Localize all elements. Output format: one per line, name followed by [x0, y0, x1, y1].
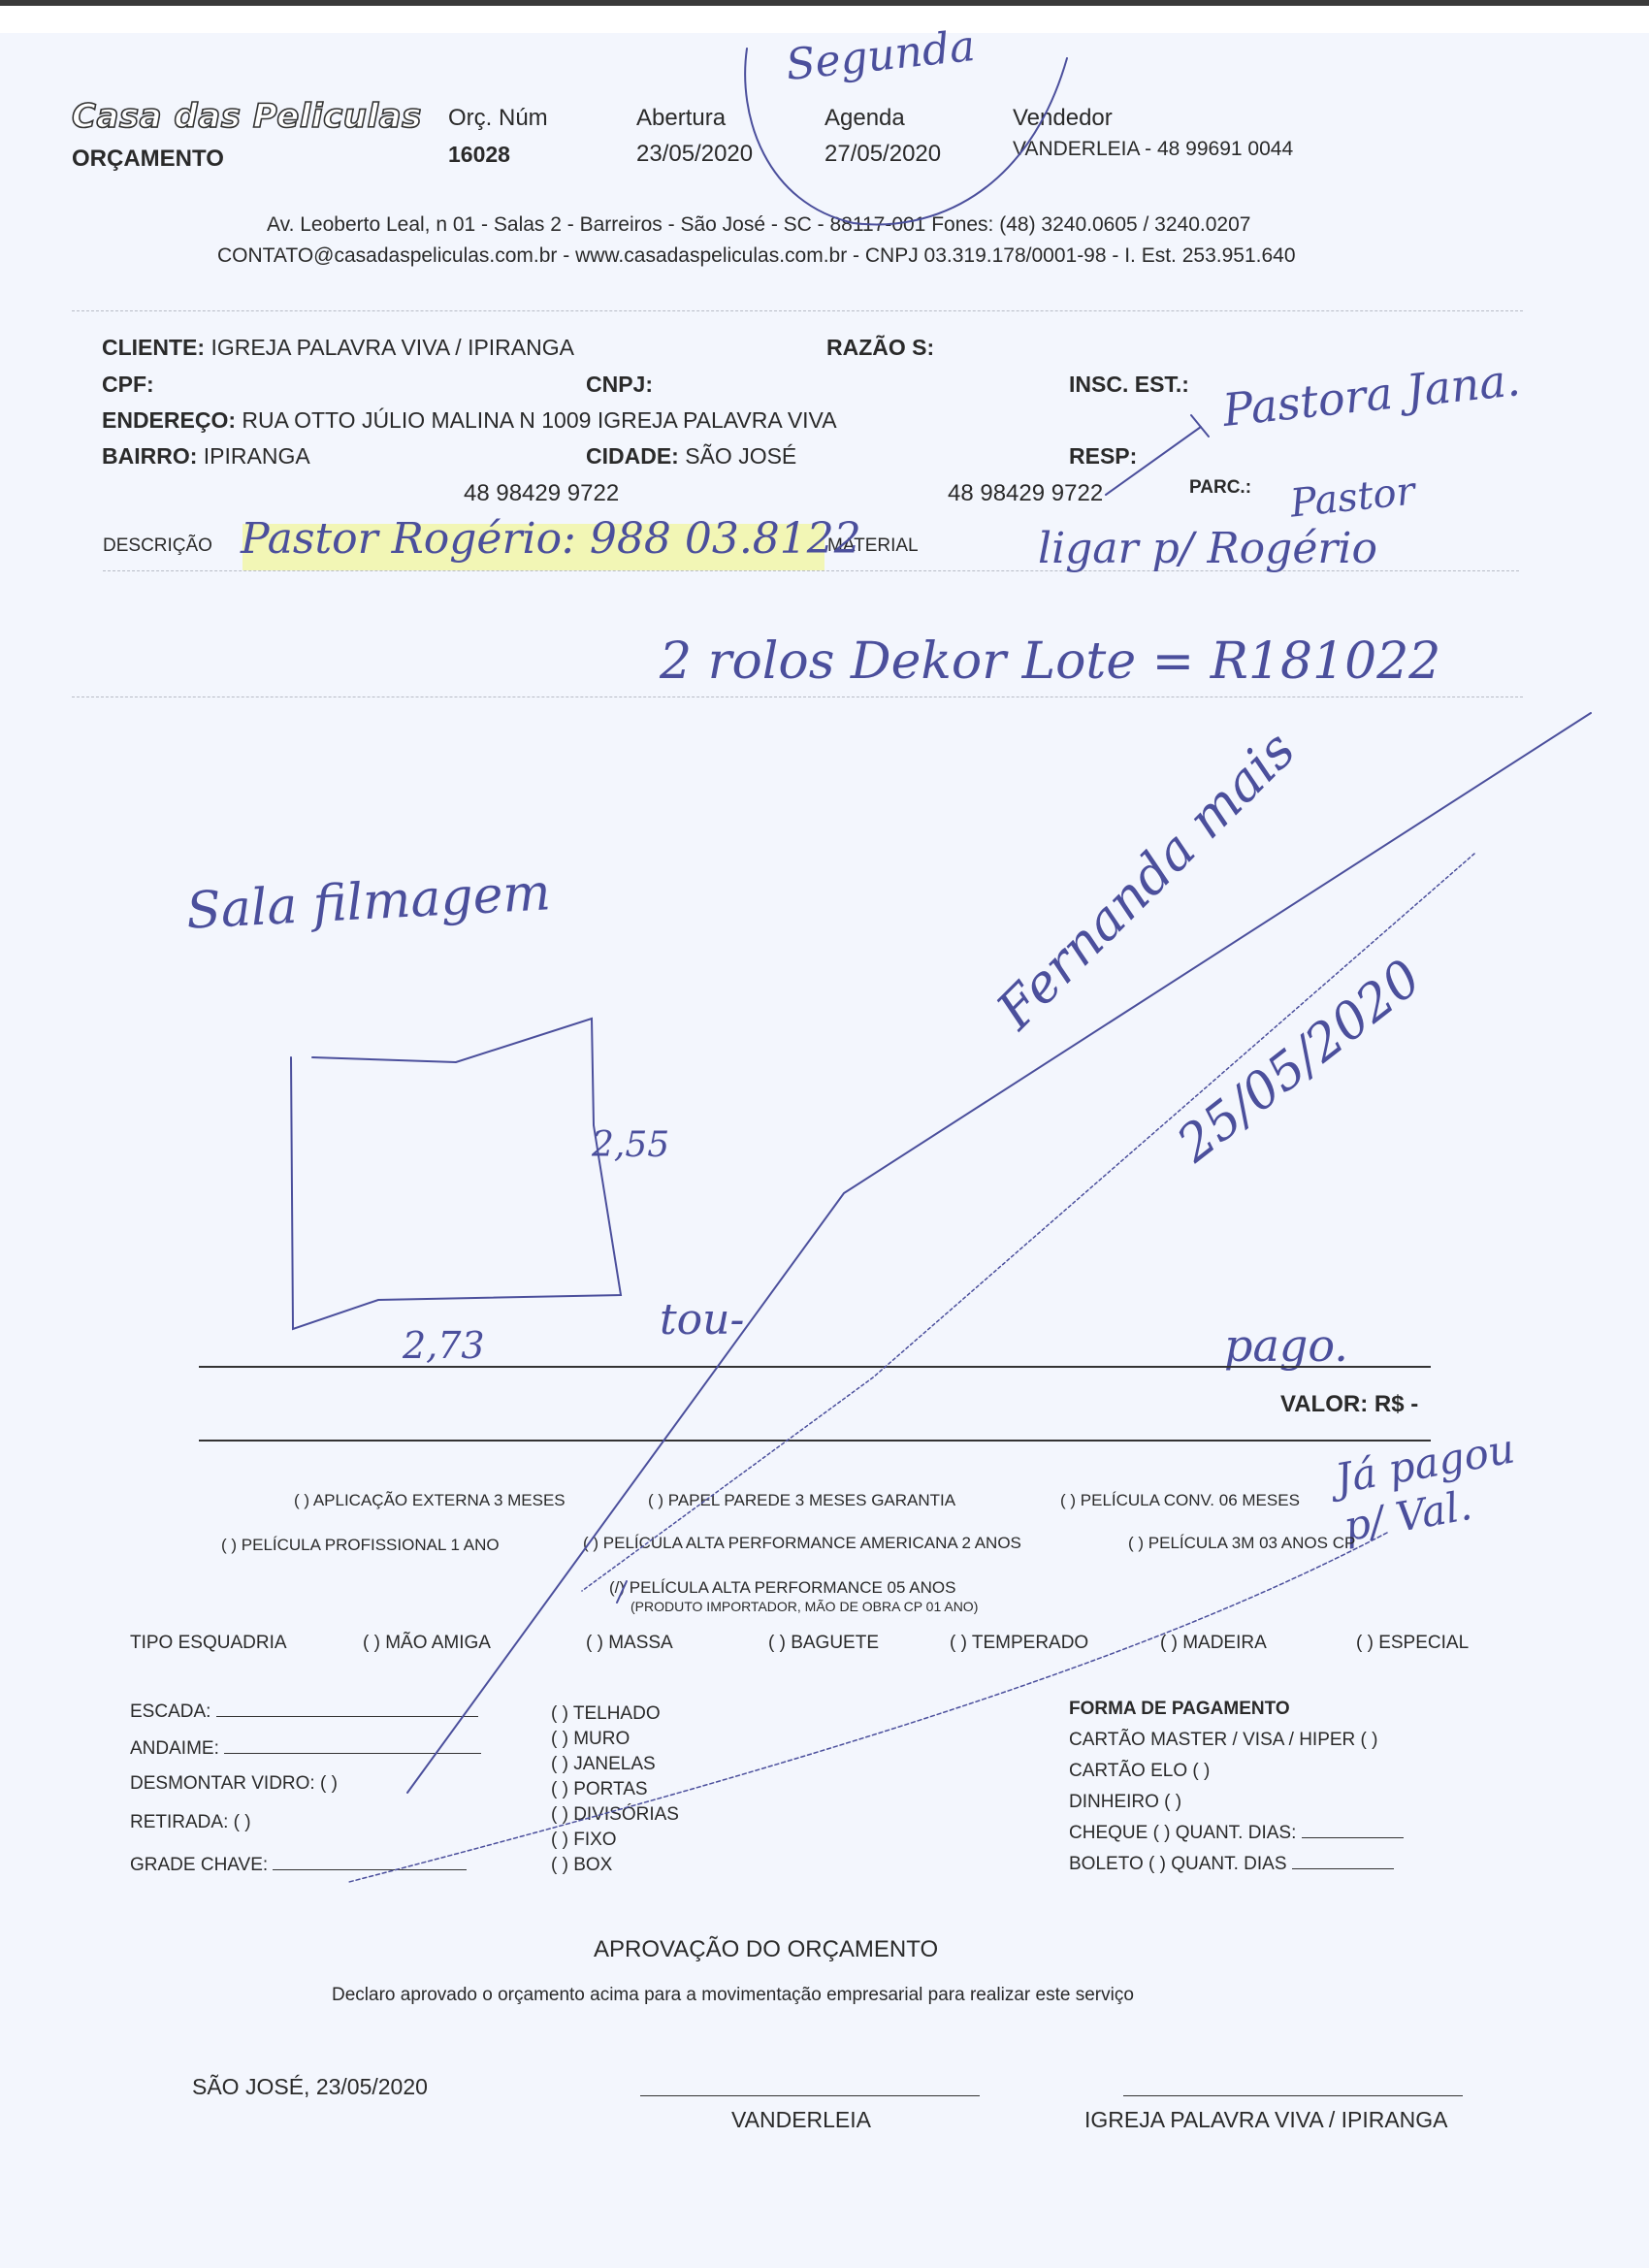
- seller-signature-name: VANDERLEIA: [731, 2107, 871, 2133]
- company-logo: Casa das Peliculas: [72, 97, 422, 136]
- phone-1: 48 98429 9722: [464, 480, 619, 507]
- handwritten-parc: Pastor: [1288, 469, 1417, 526]
- neighborhood-label: BAIRRO:: [102, 443, 197, 469]
- value-label: VALOR: R$ -: [1280, 1391, 1418, 1418]
- client-label: CLIENTE:: [102, 335, 205, 360]
- removal-option[interactable]: RETIRADA: ( ): [130, 1812, 251, 1833]
- location-fixo[interactable]: ( ) FIXO: [551, 1828, 679, 1853]
- quote-number-label: Orç. Núm: [448, 105, 548, 132]
- frame-madeira[interactable]: ( ) MADEIRA: [1160, 1633, 1267, 1654]
- seller-value: VANDERLEIA - 48 99691 0044: [1013, 138, 1293, 161]
- handwritten-resp: Pastora Jana.: [1220, 353, 1523, 437]
- boleto-label: BOLETO ( ) QUANT. DIAS: [1069, 1854, 1287, 1874]
- resp-label: RESP:: [1069, 443, 1137, 470]
- option-american-film[interactable]: ( ) PELÍCULA ALTA PERFORMANCE AMERICANA …: [583, 1534, 1021, 1553]
- cheque-days-input[interactable]: [1302, 1819, 1404, 1838]
- schedule-label: Agenda: [824, 105, 905, 132]
- payment-boleto[interactable]: BOLETO ( ) QUANT. DIAS: [1069, 1849, 1404, 1880]
- payment-card-elo[interactable]: CARTÃO ELO ( ): [1069, 1756, 1404, 1787]
- neighborhood-value: IPIRANGA: [204, 443, 310, 469]
- approval-statement: Declaro aprovado o orçamento acima para …: [332, 1985, 1134, 2006]
- location-telhado[interactable]: ( ) TELHADO: [551, 1701, 679, 1727]
- company-contact: CONTATO@casadaspeliculas.com.br - www.ca…: [217, 244, 1296, 268]
- quote-number-value: 16028: [448, 142, 510, 168]
- seller-label: Vendedor: [1013, 105, 1113, 132]
- value-line-top: [199, 1366, 1431, 1368]
- seller-signature-line: [640, 2095, 980, 2096]
- location-list: ( ) TELHADO ( ) MURO ( ) JANELAS ( ) POR…: [551, 1701, 679, 1878]
- city-value: SÃO JOSÉ: [685, 443, 796, 469]
- option-high-performance-note: (PRODUTO IMPORTADOR, MÃO DE OBRA CP 01 A…: [630, 1599, 978, 1614]
- company-address: Av. Leoberto Leal, n 01 - Salas 2 - Barr…: [267, 213, 1250, 237]
- schedule-date: 27/05/2020: [824, 141, 941, 168]
- option-conventional-film[interactable]: ( ) PELÍCULA CONV. 06 MESES: [1060, 1491, 1300, 1510]
- handwritten-paid-to: Já pagou p/ Val.: [1332, 1417, 1568, 1552]
- cnpj-label: CNPJ:: [586, 372, 653, 398]
- parc-label: PARC.:: [1189, 477, 1251, 499]
- dimension-height: 2,55: [592, 1125, 669, 1165]
- address-value: RUA OTTO JÚLIO MALINA N 1009 IGREJA PALA…: [242, 407, 836, 433]
- divider: [72, 310, 1523, 311]
- ladder-label: ESCADA:: [130, 1701, 210, 1722]
- frame-baguete[interactable]: ( ) BAGUETE: [768, 1633, 879, 1654]
- boleto-days-input[interactable]: [1292, 1850, 1394, 1869]
- scanned-quote-page: Casa das Peliculas ORÇAMENTO Orç. Núm 16…: [0, 0, 1649, 2268]
- location-janelas[interactable]: ( ) JANELAS: [551, 1752, 679, 1777]
- phone-2: 48 98429 9722: [948, 480, 1103, 507]
- scaffold-label: ANDAIME:: [130, 1738, 219, 1759]
- location-portas[interactable]: ( ) PORTAS: [551, 1777, 679, 1802]
- value-line-bottom: [199, 1440, 1431, 1442]
- handwritten-material: ligar p/ Rogério: [1038, 524, 1377, 573]
- frame-especial[interactable]: ( ) ESPECIAL: [1356, 1633, 1469, 1654]
- payment-section: FORMA DE PAGAMENTO CARTÃO MASTER / VISA …: [1069, 1694, 1404, 1880]
- option-professional-film[interactable]: ( ) PELÍCULA PROFISSIONAL 1 ANO: [221, 1536, 500, 1555]
- cheque-label: CHEQUE ( ) QUANT. DIAS:: [1069, 1823, 1296, 1843]
- payment-cheque[interactable]: CHEQUE ( ) QUANT. DIAS:: [1069, 1818, 1404, 1849]
- key-grate-label: GRADE CHAVE:: [130, 1855, 268, 1875]
- address-row: ENDEREÇO: RUA OTTO JÚLIO MALINA N 1009 I…: [102, 407, 837, 434]
- neighborhood-row: BAIRRO: IPIRANGA: [102, 443, 310, 470]
- client-row: CLIENTE: IGREJA PALAVRA VIVA / IPIRANGA: [102, 335, 574, 361]
- option-wallpaper[interactable]: ( ) PAPEL PAREDE 3 MESES GARANTIA: [648, 1491, 955, 1510]
- key-grate-field[interactable]: GRADE CHAVE:: [130, 1851, 467, 1876]
- cpf-label: CPF:: [102, 372, 154, 398]
- frame-mao-amiga[interactable]: ( ) MÃO AMIGA: [363, 1633, 491, 1654]
- material-line: [72, 697, 1523, 697]
- key-grate-input[interactable]: [273, 1851, 467, 1870]
- scaffold-field[interactable]: ANDAIME:: [130, 1734, 481, 1760]
- dimension-width: 2,73: [403, 1324, 485, 1367]
- frame-temperado[interactable]: ( ) TEMPERADO: [950, 1633, 1088, 1654]
- client-signature-name: IGREJA PALAVRA VIVA / IPIRANGA: [1084, 2107, 1448, 2133]
- client-value: IGREJA PALAVRA VIVA / IPIRANGA: [210, 335, 574, 360]
- place-date: SÃO JOSÉ, 23/05/2020: [192, 2074, 428, 2100]
- city-label: CIDADE:: [586, 443, 679, 469]
- location-divisorias[interactable]: ( ) DIVISÓRIAS: [551, 1802, 679, 1828]
- ladder-field[interactable]: ESCADA:: [130, 1698, 478, 1723]
- location-box[interactable]: ( ) BOX: [551, 1853, 679, 1878]
- client-signature-line: [1123, 2095, 1463, 2096]
- handwritten-signature: Fernanda mais: [985, 719, 1307, 1041]
- handwritten-paid: pago.: [1224, 1319, 1348, 1372]
- ladder-input[interactable]: [216, 1698, 478, 1717]
- opening-date: 23/05/2020: [636, 141, 753, 168]
- frame-type-label: TIPO ESQUADRIA: [130, 1633, 287, 1654]
- handwritten-date: 25/05/2020: [1167, 949, 1432, 1174]
- frame-massa[interactable]: ( ) MASSA: [586, 1633, 673, 1654]
- city-row: CIDADE: SÃO JOSÉ: [586, 443, 796, 470]
- insc-est-label: INSC. EST.:: [1069, 372, 1189, 398]
- scan-margin: [0, 6, 1649, 33]
- option-external[interactable]: ( ) APLICAÇÃO EXTERNA 3 MESES: [294, 1491, 566, 1510]
- address-label: ENDEREÇO:: [102, 407, 236, 433]
- remove-glass-option[interactable]: DESMONTAR VIDRO: ( ): [130, 1773, 338, 1795]
- handwritten-extra: tou-: [660, 1295, 744, 1345]
- option-high-performance-checked[interactable]: (/) PELÍCULA ALTA PERFORMANCE 05 ANOS: [609, 1578, 955, 1598]
- description-label: DESCRIÇÃO: [103, 535, 212, 557]
- payment-card-master[interactable]: CARTÃO MASTER / VISA / HIPER ( ): [1069, 1725, 1404, 1756]
- handwritten-description: Pastor Rogério: 988 03.8122: [241, 514, 861, 564]
- opening-label: Abertura: [636, 105, 726, 132]
- payment-cash[interactable]: DINHEIRO ( ): [1069, 1787, 1404, 1818]
- approval-title: APROVAÇÃO DO ORÇAMENTO: [594, 1936, 938, 1963]
- option-3m-film[interactable]: ( ) PELÍCULA 3M 03 ANOS CP: [1128, 1534, 1355, 1553]
- handwritten-material-detail: 2 rolos Dekor Lote = R181022: [660, 632, 1440, 691]
- handwritten-room: Sala filmagem: [185, 863, 552, 941]
- document-type: ORÇAMENTO: [72, 146, 224, 173]
- payment-title: FORMA DE PAGAMENTO: [1069, 1694, 1404, 1725]
- scaffold-input[interactable]: [224, 1734, 481, 1754]
- location-muro[interactable]: ( ) MURO: [551, 1727, 679, 1752]
- razao-label: RAZÃO S:: [826, 335, 934, 361]
